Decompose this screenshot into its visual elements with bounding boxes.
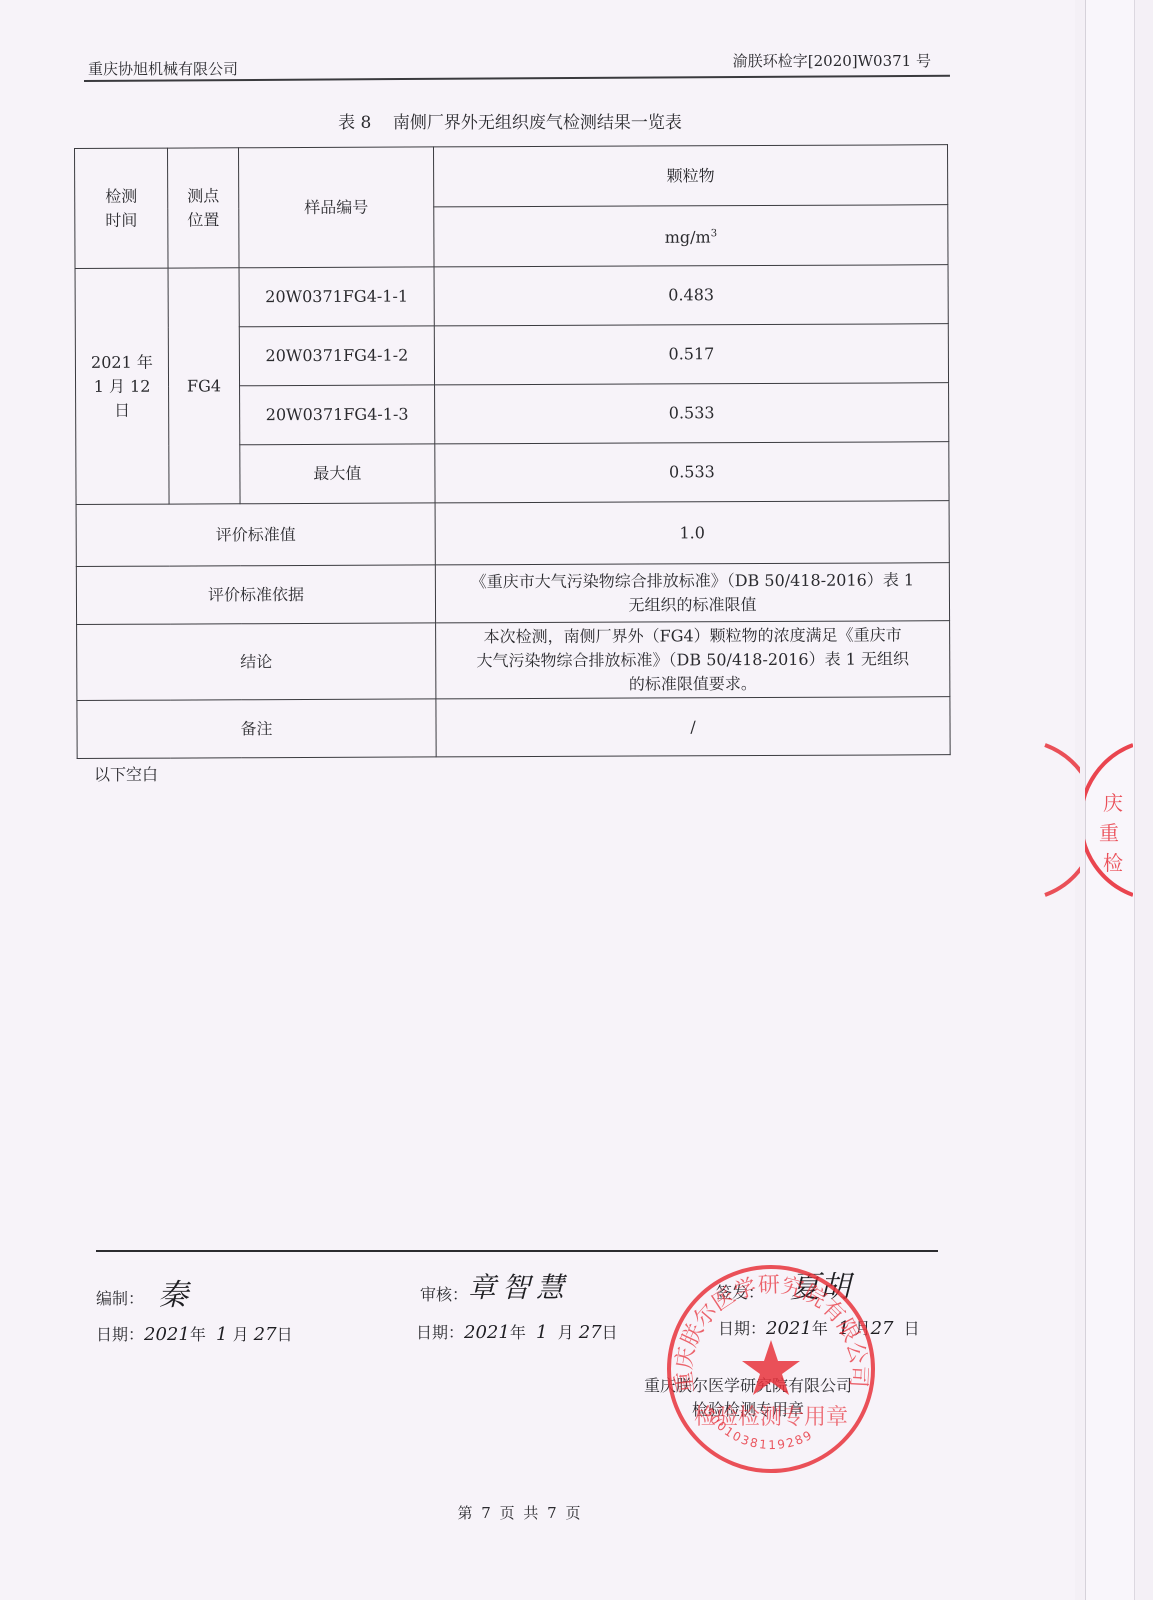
underlying-page-edge	[1085, 0, 1135, 1600]
issued-label: 签发：	[716, 1280, 764, 1303]
location-cell: FG4	[168, 268, 240, 504]
remarks-label: 备注	[77, 699, 436, 759]
header-time: 检测 时间	[75, 148, 169, 268]
issuing-company: 重庆朕尔医学研究院有限公司 检验检测专用章	[644, 1374, 852, 1422]
value-cell: 0.517	[434, 324, 948, 385]
header-parameter: 颗粒物	[433, 145, 947, 207]
prepared-label: 编制：	[96, 1286, 144, 1309]
value-cell: 0.533	[435, 383, 949, 444]
remarks-row: 备注 /	[77, 697, 950, 759]
max-label-cell: 最大值	[240, 444, 435, 504]
sample-id-cell: 20W0371FG4-1-1	[239, 267, 434, 327]
prepared-signature: 秦	[158, 1270, 188, 1314]
results-table: 检测 时间 测点 位置 样品编号 颗粒物 mg/m3 2021 年 1 月 12…	[74, 144, 951, 759]
basis-row: 评价标准依据 《重庆市大气污染物综合排放标准》（DB 50/418-2016）表…	[76, 563, 949, 625]
value-cell: 0.483	[434, 265, 948, 326]
header-sample-id: 样品编号	[239, 147, 435, 268]
basis-label: 评价标准依据	[76, 565, 435, 625]
prepared-date: 日期：2021年 1 月 27日	[96, 1322, 293, 1345]
max-value-cell: 0.533	[435, 442, 949, 503]
reviewed-label: 审核：	[420, 1282, 468, 1305]
issued-signature: 夏胡	[790, 1262, 850, 1306]
basis-value: 《重庆市大气污染物综合排放标准》（DB 50/418-2016）表 1 无组织的…	[435, 563, 949, 623]
sample-id-cell: 20W0371FG4-1-2	[239, 326, 434, 386]
sample-id-cell: 20W0371FG4-1-3	[240, 385, 435, 445]
criteria-row: 评价标准值 1.0	[76, 501, 949, 567]
conclusion-label: 结论	[77, 623, 436, 701]
table-title: 表 8 南侧厂界外无组织废气检测结果一览表	[0, 108, 1020, 133]
issued-date: 日期：2021年 1 月27 日	[718, 1316, 920, 1339]
header-unit: mg/m3	[434, 205, 948, 267]
remarks-value: /	[436, 697, 950, 757]
header-location: 测点 位置	[168, 148, 240, 268]
conclusion-value: 本次检测，南侧厂界外（FG4）颗粒物的浓度满足《重庆市 大气污染物综合排放标准》…	[436, 621, 950, 699]
table-header-row: 检测 时间 测点 位置 样品编号 颗粒物	[75, 145, 948, 209]
criteria-label: 评价标准值	[76, 503, 435, 567]
page-number: 第 7 页 共 7 页	[0, 1502, 1040, 1523]
client-name: 重庆协旭机械有限公司	[88, 58, 238, 79]
date-cell: 2021 年 1 月 12 日	[75, 268, 169, 504]
report-number: 渝朕环检字[2020]W0371 号	[733, 50, 931, 71]
reviewed-date: 日期：2021年 1 月 27日	[416, 1320, 618, 1343]
conclusion-row: 结论 本次检测，南侧厂界外（FG4）颗粒物的浓度满足《重庆市 大气污染物综合排放…	[77, 621, 950, 701]
signoff-divider	[96, 1250, 938, 1252]
table-row: 2021 年 1 月 12 日 FG4 20W0371FG4-1-1 0.483	[75, 265, 948, 328]
blank-below-note: 以下空白	[94, 762, 158, 785]
criteria-value: 1.0	[435, 501, 949, 565]
reviewed-signature: 章智慧	[468, 1266, 570, 1306]
